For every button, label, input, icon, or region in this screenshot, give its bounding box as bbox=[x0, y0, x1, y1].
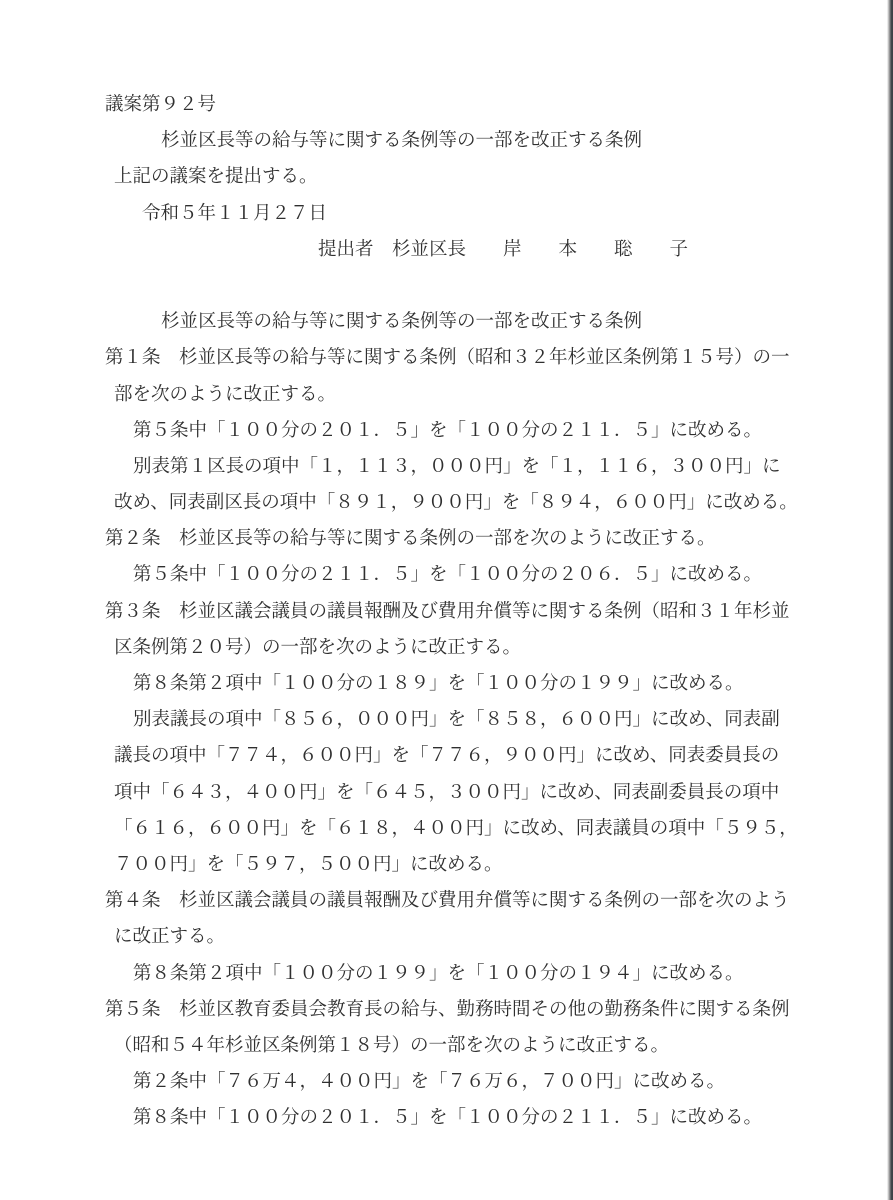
submission-statement: 上記の議案を提出する。 bbox=[105, 159, 845, 195]
document-page: 議案第９２号 杉並区長等の給与等に関する条例等の一部を改正する条例 上記の議案を… bbox=[0, 0, 893, 1200]
body-line-amendment: 別表議長の項中「８５６，０００円」を「８５８，６００円」に改め、同表副 bbox=[105, 702, 845, 738]
body-line-amendment: 第８条第２項中「１００分の１９９」を「１００分の１９４」に改める。 bbox=[105, 956, 845, 992]
body-line-continuation: 項中「６４３，４００円」を「６４５，３００円」に改め、同表副委員長の項中 bbox=[105, 775, 845, 811]
body-line-amendment: 第５条中「１００分の２１１．５」を「１００分の２０６．５」に改める。 bbox=[105, 557, 845, 593]
body-line-article5: 第５条 杉並区教育委員会教育長の給与、勤務時間その他の勤務条件に関する条例 bbox=[105, 992, 845, 1028]
body-line-article2: 第２条 杉並区長等の給与等に関する条例の一部を次のように改正する。 bbox=[105, 521, 845, 557]
body-line-amendment: 第８条中「１００分の２０１．５」を「１００分の２１１．５」に改める。 bbox=[105, 1100, 845, 1136]
bill-document: 議案第９２号 杉並区長等の給与等に関する条例等の一部を改正する条例 上記の議案を… bbox=[105, 87, 845, 1136]
body-line-article4: 第４条 杉並区議会議員の議員報酬及び費用弁償等に関する条例の一部を次のよう bbox=[105, 883, 845, 919]
body-line-amendment: 第８条第２項中「１００分の１８９」を「１００分の１９９」に改める。 bbox=[105, 666, 845, 702]
body-line-continuation: に改正する。 bbox=[105, 919, 845, 955]
body-line-continuation: 改め、同表副区長の項中「８９１，９００円」を「８９４，６００円」に改める。 bbox=[105, 485, 845, 521]
body-line-article1: 第１条 杉並区長等の給与等に関する条例（昭和３２年杉並区条例第１５号）の一 bbox=[105, 340, 845, 376]
body-line-continuation: 区条例第２０号）の一部を次のように改正する。 bbox=[105, 630, 845, 666]
blank-line bbox=[105, 268, 845, 304]
scan-edge-artifact bbox=[887, 0, 893, 1200]
ordinance-title: 杉並区長等の給与等に関する条例等の一部を改正する条例 bbox=[105, 304, 845, 340]
bill-title: 杉並区長等の給与等に関する条例等の一部を改正する条例 bbox=[105, 123, 845, 159]
body-line-continuation: 「６１６，６００円」を「６１８，４００円」に改め、同表議員の項中「５９５， bbox=[105, 811, 845, 847]
body-line-continuation: 部を次のように改正する。 bbox=[105, 377, 845, 413]
body-line-continuation: 議長の項中「７７４，６００円」を「７７６，９００円」に改め、同表委員長の bbox=[105, 738, 845, 774]
bill-number: 議案第９２号 bbox=[105, 87, 845, 123]
body-line-continuation: （昭和５４年杉並区条例第１８号）の一部を次のように改正する。 bbox=[105, 1028, 845, 1064]
body-line-amendment: 別表第１区長の項中「１，１１３，０００円」を「１，１１６，３００円」に bbox=[105, 449, 845, 485]
body-line-amendment: 第５条中「１００分の２０１．５」を「１００分の２１１．５」に改める。 bbox=[105, 413, 845, 449]
submission-date: 令和５年１１月２７日 bbox=[105, 196, 845, 232]
submitter-line: 提出者 杉並区長 岸 本 聡 子 bbox=[105, 232, 845, 268]
body-line-continuation: ７００円」を「５９７，５００円」に改める。 bbox=[105, 847, 845, 883]
body-line-amendment: 第２条中「７６万４，４００円」を「７６万６，７００円」に改める。 bbox=[105, 1064, 845, 1100]
body-line-article3: 第３条 杉並区議会議員の議員報酬及び費用弁償等に関する条例（昭和３１年杉並 bbox=[105, 594, 845, 630]
